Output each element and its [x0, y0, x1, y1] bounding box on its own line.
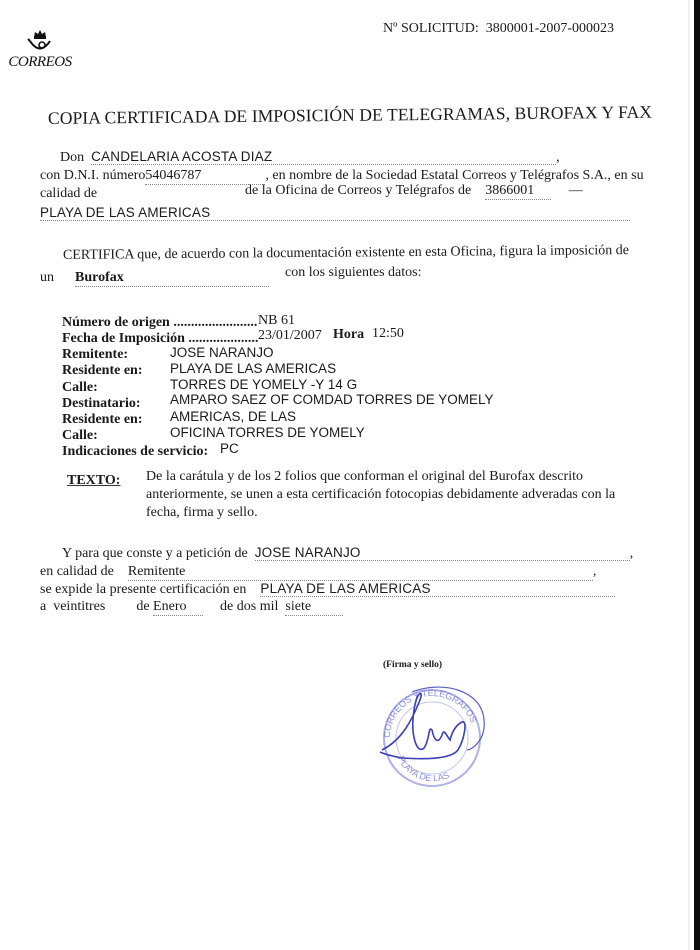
don-line: Don CANDELARIA ACOSTA DIAZ, — [60, 149, 560, 166]
document-page: CORREOS Nº SOLICITUD: 3800001-2007-00002… — [0, 0, 700, 950]
expide-line: se expide la presente certificación en P… — [40, 581, 615, 598]
certifica-text: CERTIFICA que, de acuerdo con la documen… — [63, 243, 629, 264]
solicitud-number: Nº SOLICITUD: 3800001-2007-000023 — [383, 21, 614, 37]
oficina-code: 3866001 — [485, 183, 551, 200]
fecha-value: 23/01/2007 — [258, 328, 322, 344]
peticion-value: JOSE NARANJO — [255, 545, 630, 561]
dni-label: con D.N.I. número — [40, 168, 145, 183]
dash: — — [569, 183, 583, 198]
oficina-text: de la Oficina de Correos y Telégrafos de — [245, 183, 471, 198]
firma-label: (Firma y sello) — [383, 660, 442, 670]
texto-body: De la carátula y de los 2 folios que con… — [146, 468, 616, 522]
destinatario-label: Destinatario: — [62, 396, 141, 412]
oficina-name: PLAYA DE LAS AMERICAS — [40, 205, 630, 221]
dia-value: veintitres — [53, 599, 105, 614]
calidad-value: Remitente — [128, 564, 593, 581]
anio-value: siete — [285, 599, 343, 616]
expide-value: PLAYA DE LAS AMERICAS — [260, 581, 615, 597]
indicaciones-label: Indicaciones de servicio: — [62, 444, 208, 460]
stamp-signature-icon: CORREOS Y TELEGRAFOS PLAYA DE LAS — [372, 680, 492, 790]
comma: , — [593, 564, 597, 579]
solicitud-label: Nº SOLICITUD: — [383, 21, 479, 36]
expide-label: se expide la presente certificación en — [40, 582, 246, 597]
hora-value: 12:50 — [372, 326, 404, 342]
crown-horn-icon — [25, 28, 55, 54]
numero-origen-value: NB 61 — [258, 313, 295, 329]
calle2-value: OFICINA TORRES DE YOMELY — [170, 425, 365, 440]
hora-label: Hora — [333, 327, 364, 343]
calidad-label: calidad de — [40, 186, 97, 202]
peticion-label: Y para que conste y a petición de — [62, 546, 248, 561]
mes-value: Enero — [153, 599, 203, 616]
nombre-text: , en nombre de la Sociedad Estatal Corre… — [265, 168, 643, 183]
remitente-label: Remitente: — [62, 347, 128, 363]
scan-edge — [688, 0, 690, 950]
document-title: COPIA CERTIFICADA DE IMPOSICIÓN DE TELEG… — [48, 102, 652, 129]
un-label: un — [40, 270, 54, 286]
comma: , — [630, 546, 634, 561]
don-value: CANDELARIA ACOSTA DIAZ — [91, 149, 556, 165]
oficina-name-line: PLAYA DE LAS AMERICAS — [40, 204, 630, 222]
residente1-value: PLAYA DE LAS AMERICAS — [170, 361, 336, 376]
solicitud-value: 3800001-2007-000023 — [486, 21, 614, 36]
don-label: Don — [60, 150, 84, 165]
logo-text: CORREOS — [8, 54, 72, 71]
numero-origen-label: Número de origen .......................… — [62, 315, 257, 331]
certifica-tail: con los siguientes datos: — [285, 265, 422, 281]
oficina-line: de la Oficina de Correos y Telégrafos de… — [245, 183, 583, 200]
remitente-value: JOSE NARANJO — [170, 345, 274, 360]
calle1-label: Calle: — [62, 380, 98, 396]
anio-label: de dos mil — [220, 599, 278, 614]
destinatario-value: AMPARO SAEZ OF COMDAD TORRES DE YOMELY — [170, 392, 494, 407]
calidad-line: en calidad de Remitente, — [40, 564, 596, 581]
calle2-label: Calle: — [62, 428, 98, 444]
comma: , — [556, 150, 560, 165]
residente2-value: AMERICAS, DE LAS — [170, 409, 296, 424]
calidad-label-2: en calidad de — [40, 564, 114, 579]
fecha-line: a veintitres de Enero de dos mil siete — [40, 599, 343, 616]
a-label: a — [40, 599, 46, 614]
texto-label: TEXTO: — [67, 473, 120, 489]
calle1-value: TORRES DE YOMELY -Y 14 G — [170, 377, 357, 392]
correos-logo: CORREOS — [8, 28, 72, 71]
residente1-label: Residente en: — [62, 363, 143, 379]
tipo-line: Burofax — [75, 268, 269, 287]
tipo-value: Burofax — [75, 270, 269, 287]
de-label: de — [136, 599, 149, 614]
scan-border — [694, 0, 700, 950]
official-stamp: CORREOS Y TELEGRAFOS PLAYA DE LAS — [372, 680, 492, 795]
residente2-label: Residente en: — [62, 412, 143, 428]
peticion-line: Y para que conste y a petición de JOSE N… — [62, 545, 633, 562]
indicaciones-value: PC — [220, 441, 239, 456]
